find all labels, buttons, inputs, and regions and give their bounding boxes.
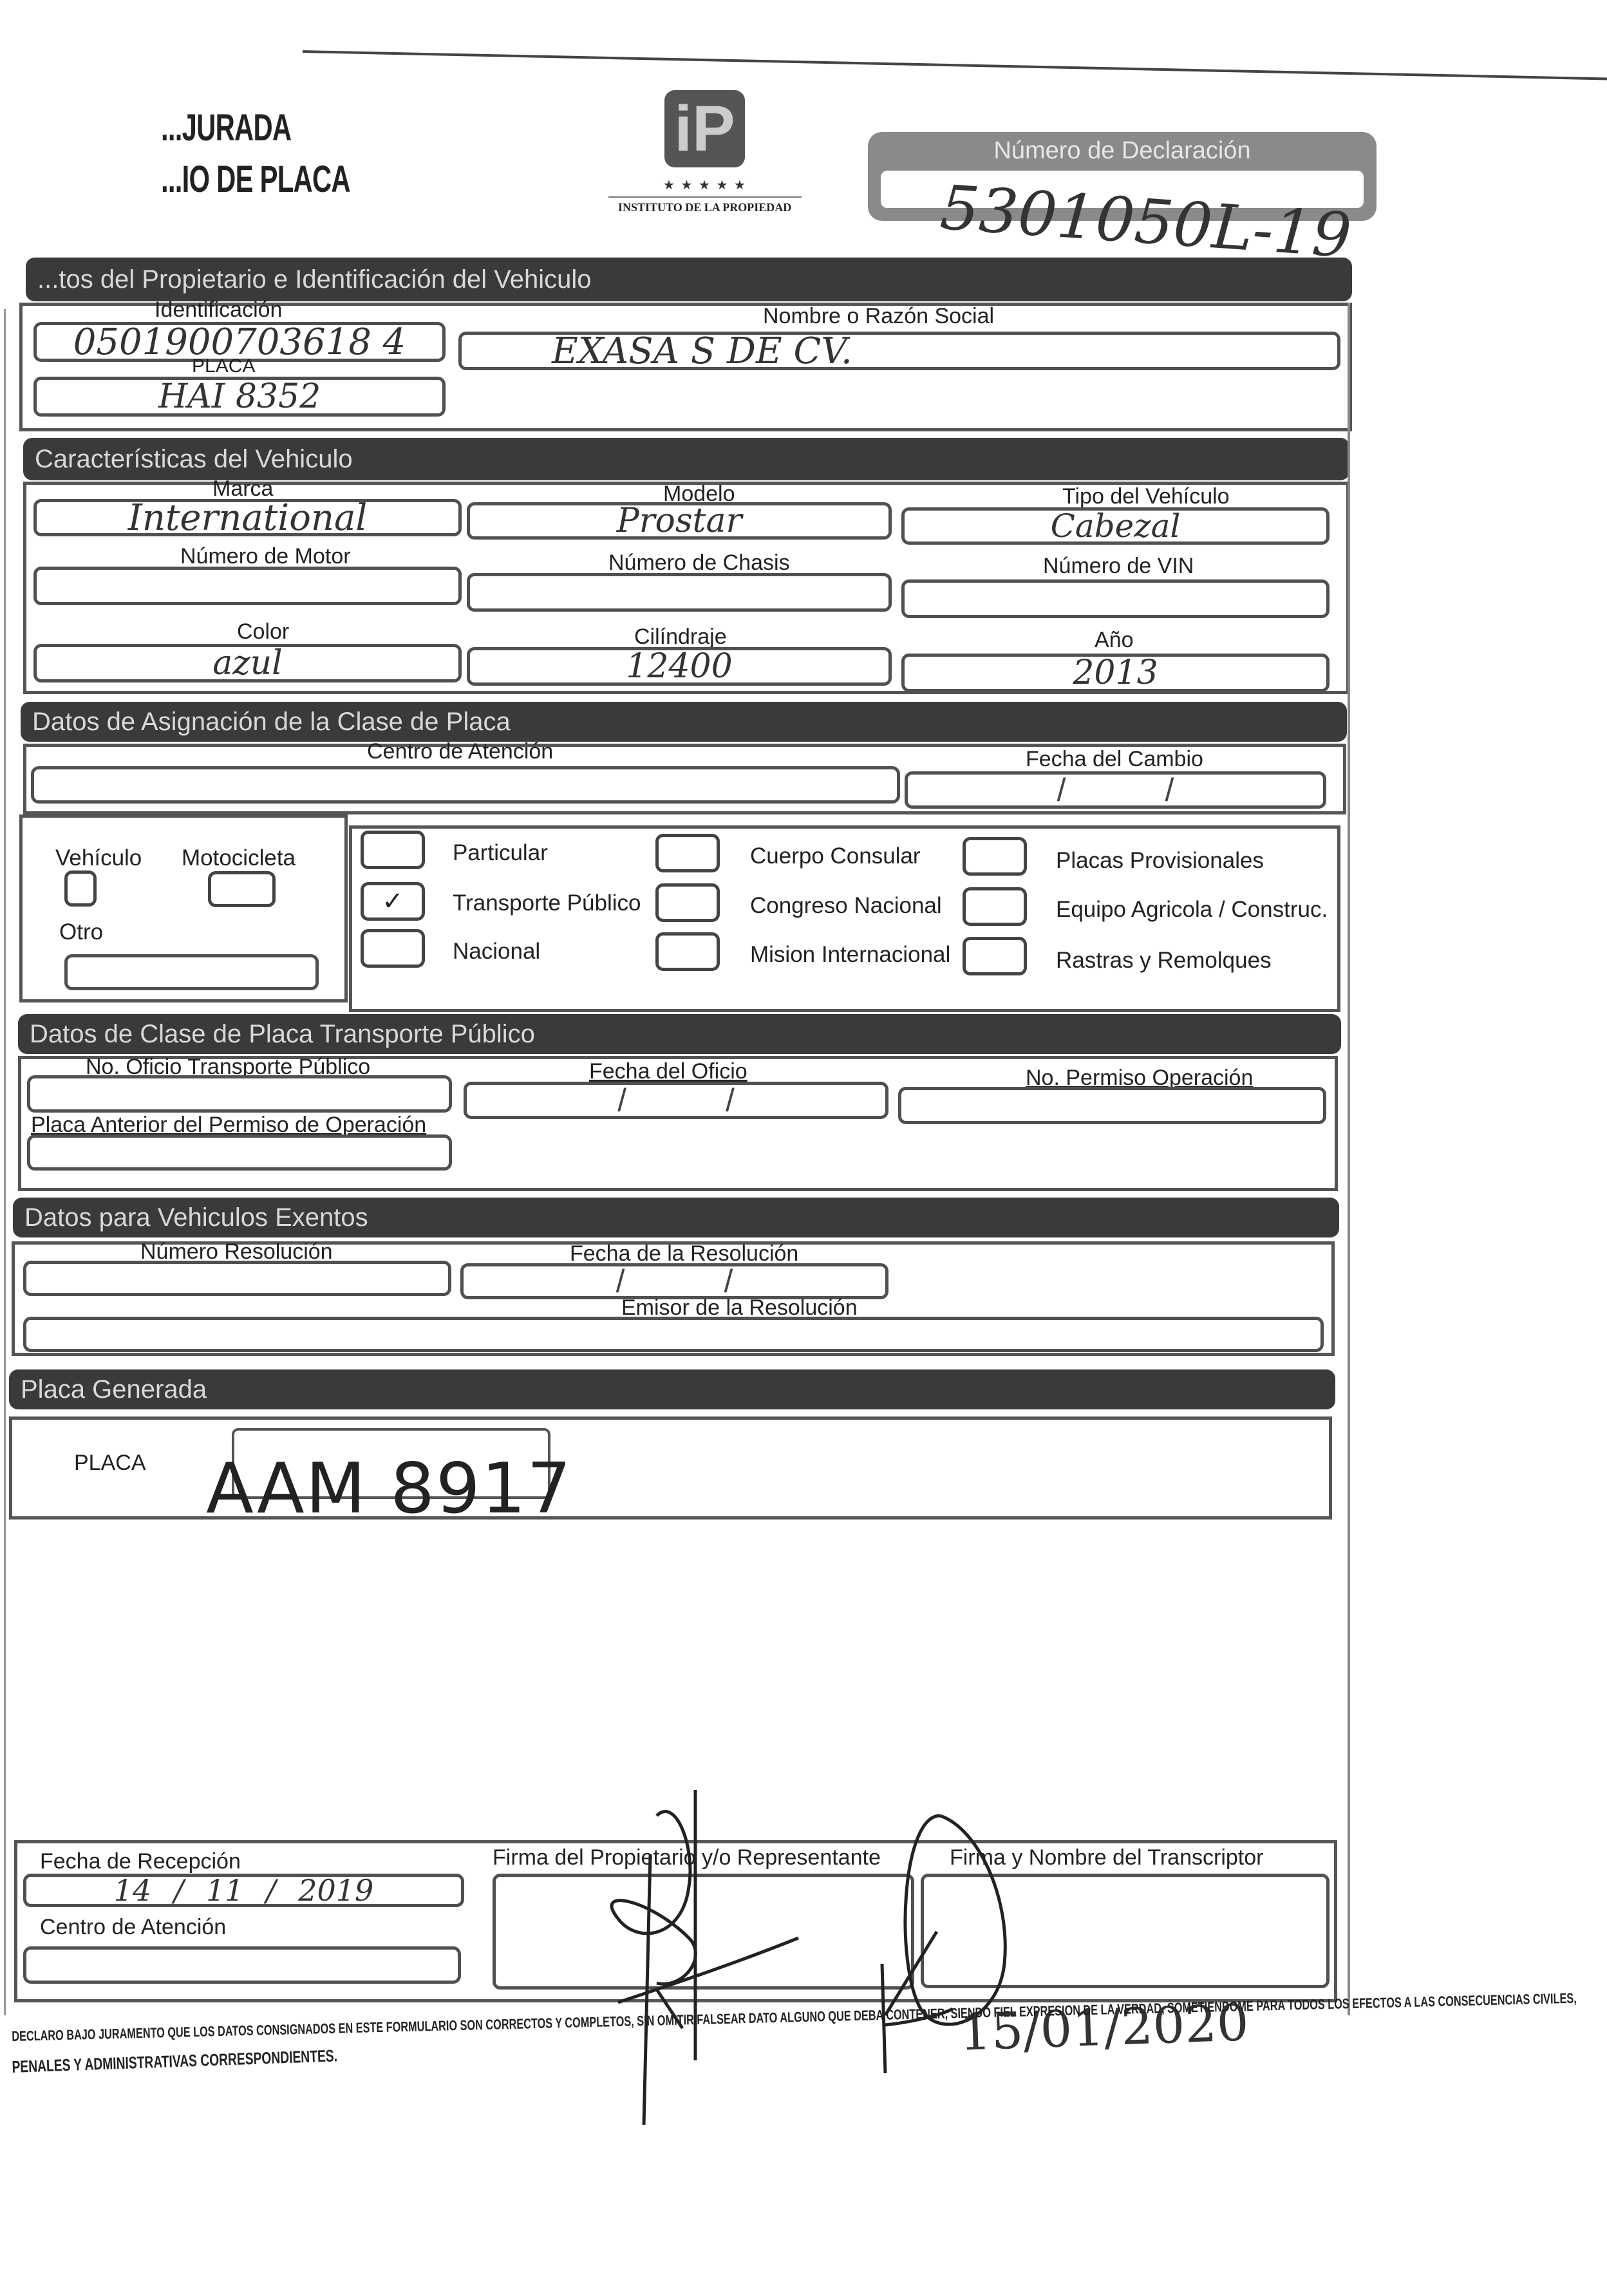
form-title-line2: ...IO DE PLACA [161,158,350,201]
section-assignment-header: Datos de Asignación de la Clase de Placa [21,702,1347,742]
section-vehicle-header: Características del Vehiculo [23,438,1349,480]
cilindraje-label: Cilíndraje [634,625,727,650]
congreso-nacional-checkbox[interactable] [655,883,720,922]
fecha-cambio-label: Fecha del Cambio [1026,747,1203,772]
particular-checkbox[interactable] [361,831,425,869]
color-value: azul [212,644,283,682]
form-title-line1: ...JURADA [161,106,291,149]
chasis-field[interactable] [467,573,892,612]
permiso-field[interactable] [898,1087,1326,1124]
vehiculo-type-checkbox[interactable] [64,870,97,907]
marca-field[interactable]: International [33,499,462,536]
vin-label: Número de VIN [1043,554,1194,579]
rastras-remolques-checkbox[interactable] [963,937,1027,975]
motocicleta-type-label: Motocicleta [182,845,296,871]
nacional-checkbox[interactable] [361,929,425,968]
nombre-field[interactable]: EXASA S DE CV. [458,332,1340,370]
placa-actual-field[interactable]: HAI 8352 [33,377,446,417]
anio-value: 2013 [1073,654,1158,692]
placa-generada-value: AAM 8917 [206,1449,572,1529]
cuerpo-consular-label: Cuerpo Consular [750,843,921,869]
fecha-recepcion-label: Fecha de Recepción [40,1849,241,1874]
scan-left-edge [4,309,6,2015]
tipo-vehiculo-value: Cabezal [1051,507,1181,545]
modelo-field[interactable]: Prostar [467,502,892,540]
anio-label: Año [1095,628,1134,653]
nacional-label: Nacional [453,939,540,965]
centro-asignacion-field[interactable] [31,766,900,804]
transporte-publico-label: Transporte Público [453,890,641,916]
otro-type-field[interactable] [64,954,319,990]
fecha-cambio-value: / / [1057,771,1174,809]
otro-type-label: Otro [59,919,103,945]
section-transport-title: Datos de Clase de Placa Transporte Públi… [30,1020,535,1049]
fecha-resolucion-value: / / [616,1263,733,1299]
vin-field[interactable] [901,579,1330,618]
fecha-cambio-field[interactable]: / / [905,771,1326,809]
marca-value: International [128,499,368,536]
fecha-oficio-value: / / [617,1082,735,1119]
section-vehicle-title: Características del Vehiculo [35,445,353,474]
cilindraje-value: 12400 [626,647,732,686]
resolucion-field[interactable] [23,1261,451,1296]
oficio-field[interactable] [27,1075,452,1113]
chasis-label: Número de Chasis [608,550,790,576]
check-mark-icon: ✓ [382,887,404,916]
color-field[interactable]: azul [33,644,462,682]
nombre-value: EXASA S DE CV. [552,332,852,370]
fecha-oficio-field[interactable]: / / [464,1082,888,1119]
section-owner-header: ...tos del Propietario e Identificación … [26,258,1352,301]
section-exempt-header: Datos para Vehiculos Exentos [13,1198,1339,1237]
owner-signature-icon [579,1790,837,2125]
centro-asignacion-label: Centro de Atención [367,739,553,764]
vehiculo-type-label: Vehículo [55,845,142,871]
logo-stars: ★ ★ ★ ★ ★ [663,177,747,193]
section-generated-header: Placa Generada [9,1369,1335,1409]
fecha-resolucion-field[interactable]: / / [460,1263,888,1299]
tipo-vehiculo-label: Tipo del Vehículo [1062,484,1230,509]
centro-recepcion-field[interactable] [23,1946,461,1984]
cuerpo-consular-checkbox[interactable] [655,834,720,872]
particular-label: Particular [453,840,548,866]
placas-provisionales-checkbox[interactable] [963,837,1027,876]
modelo-value: Prostar [617,502,742,540]
declaration-number-label: Número de Declaración [868,137,1377,165]
emisor-field[interactable] [23,1317,1324,1352]
fecha-oficio-label: Fecha del Oficio [589,1059,747,1084]
fecha-recepcion-field[interactable]: 14 / 11 / 2019 [23,1874,464,1907]
logo-divider [608,196,802,198]
mision-internacional-checkbox[interactable] [655,932,720,971]
placas-provisionales-label: Placas Provisionales [1056,848,1264,874]
section-assignment-title: Datos de Asignación de la Clase de Placa [32,708,511,737]
congreso-nacional-label: Congreso Nacional [750,893,942,919]
placa-anterior-field[interactable] [27,1134,452,1171]
placa-generada-label: PLACA [74,1451,146,1476]
section-generated-title: Placa Generada [21,1375,207,1404]
ip-logo: iP [664,90,745,167]
nombre-label: Nombre o Razón Social [763,304,994,329]
centro-recepcion-label: Centro de Atención [40,1915,226,1940]
motor-field[interactable] [33,567,462,605]
color-label: Color [237,619,289,645]
equipo-agricola-checkbox[interactable] [963,887,1027,926]
mision-internacional-label: Mision Internacional [750,942,950,968]
section-exempt-title: Datos para Vehiculos Exentos [24,1203,368,1232]
tipo-vehiculo-field[interactable]: Cabezal [901,507,1330,545]
motor-label: Número de Motor [180,544,351,569]
rastras-remolques-label: Rastras y Remolques [1056,948,1272,974]
motocicleta-type-checkbox[interactable] [208,871,276,907]
anio-field[interactable]: 2013 [901,654,1330,692]
disclaimer-line2: PENALES Y ADMINISTRATIVAS CORRESPONDIENT… [12,2046,337,2077]
transporte-publico-checkbox[interactable]: ✓ [361,882,425,921]
scan-edge-line [303,50,1607,80]
section-owner-title: ...tos del Propietario e Identificación … [37,265,592,294]
scan-right-edge [1348,303,1350,2015]
ip-logo-text: iP [674,92,735,166]
equipo-agricola-label: Equipo Agricola / Construc. [1056,897,1328,923]
placa-actual-value: HAI 8352 [158,377,321,416]
fecha-recepcion-value: 14 / 11 / 2019 [114,1874,374,1907]
institution-name: INSTITUTO DE LA PROPIEDAD [618,201,791,214]
placa-actual-label: PLACA [192,355,255,377]
section-transport-header: Datos de Clase de Placa Transporte Públi… [18,1014,1341,1054]
marca-label: Marca [212,476,273,502]
identificacion-label: Identificación [155,297,282,323]
cilindraje-field[interactable]: 12400 [467,647,892,686]
